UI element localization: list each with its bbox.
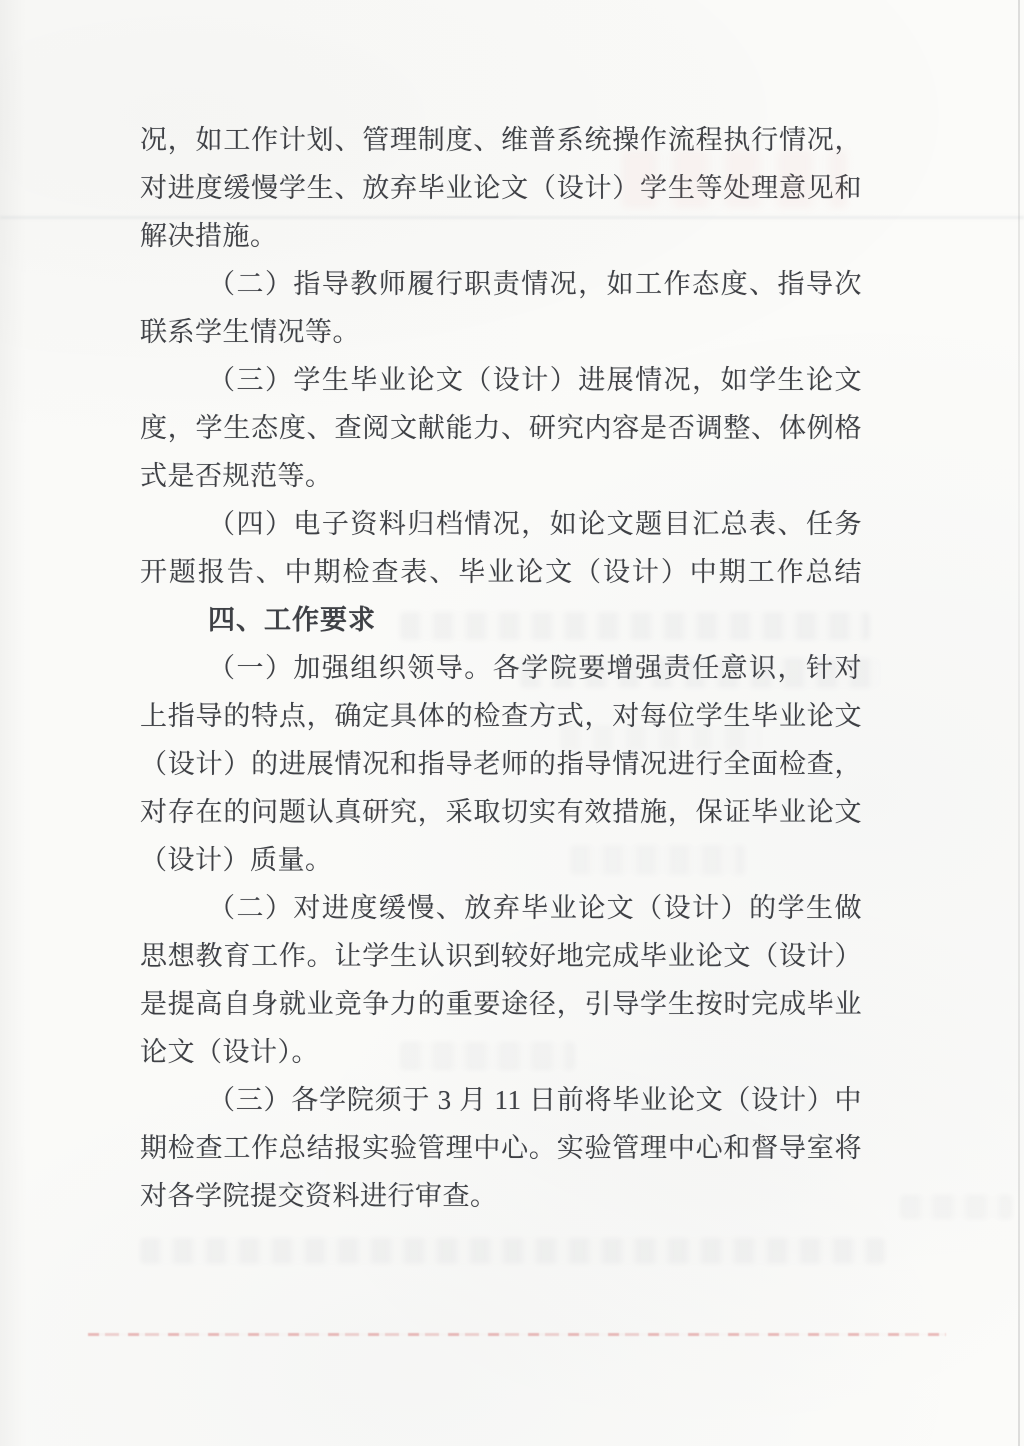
- fold-line-artifact: [88, 1333, 946, 1336]
- text-line: 对存在的问题认真研究，采取切实有效措施，保证毕业论文: [140, 788, 862, 836]
- text-line: 思想教育工作。让学生认识到较好地完成毕业论文（设计）: [140, 932, 862, 980]
- text-line: （设计）质量。: [140, 836, 862, 884]
- paper-edge: [1018, 0, 1020, 1446]
- bleedthrough-artifact: [900, 1195, 1012, 1219]
- text-line: （三）学生毕业论文（设计）进展情况，如学生论文进: [140, 356, 862, 404]
- bleedthrough-artifact: [622, 150, 847, 208]
- text-line: 是提高自身就业竞争力的重要途径，引导学生按时完成毕业: [140, 980, 862, 1028]
- text-line: （三）各学院须于 3 月 11 日前将毕业论文（设计）中: [140, 1076, 862, 1124]
- bleedthrough-artifact: [560, 725, 760, 751]
- bleedthrough-artifact: [520, 658, 880, 688]
- bleedthrough-artifact: [400, 612, 870, 640]
- text-line: （二）对进度缓慢、放弃毕业论文（设计）的学生做好: [140, 884, 862, 932]
- text-line: 期检查工作总结报实验管理中心。实验管理中心和督导室将: [140, 1124, 862, 1172]
- text-line: （四）电子资料归档情况，如论文题目汇总表、任务书、: [140, 500, 862, 548]
- bleedthrough-artifact: [400, 1042, 575, 1070]
- text-line: 式是否规范等。: [140, 452, 862, 500]
- text-line: 联系学生情况等。: [140, 308, 862, 356]
- text-line: 开题报告、中期检查表、毕业论文（设计）中期工作总结等。: [140, 548, 862, 596]
- text-line: 对各学院提交资料进行审查。: [140, 1172, 862, 1220]
- scanned-page: 况，如工作计划、管理制度、维普系统操作流程执行情况，对进度缓慢学生、放弃毕业论文…: [0, 0, 1024, 1446]
- text-line: 解决措施。: [140, 212, 862, 260]
- bleedthrough-artifact: [140, 1238, 885, 1264]
- bleedthrough-artifact: [570, 845, 745, 875]
- text-line: 度，学生态度、查阅文献能力、研究内容是否调整、体例格: [140, 404, 862, 452]
- text-line: （二）指导教师履行职责情况，如工作态度、指导次数、: [140, 260, 862, 308]
